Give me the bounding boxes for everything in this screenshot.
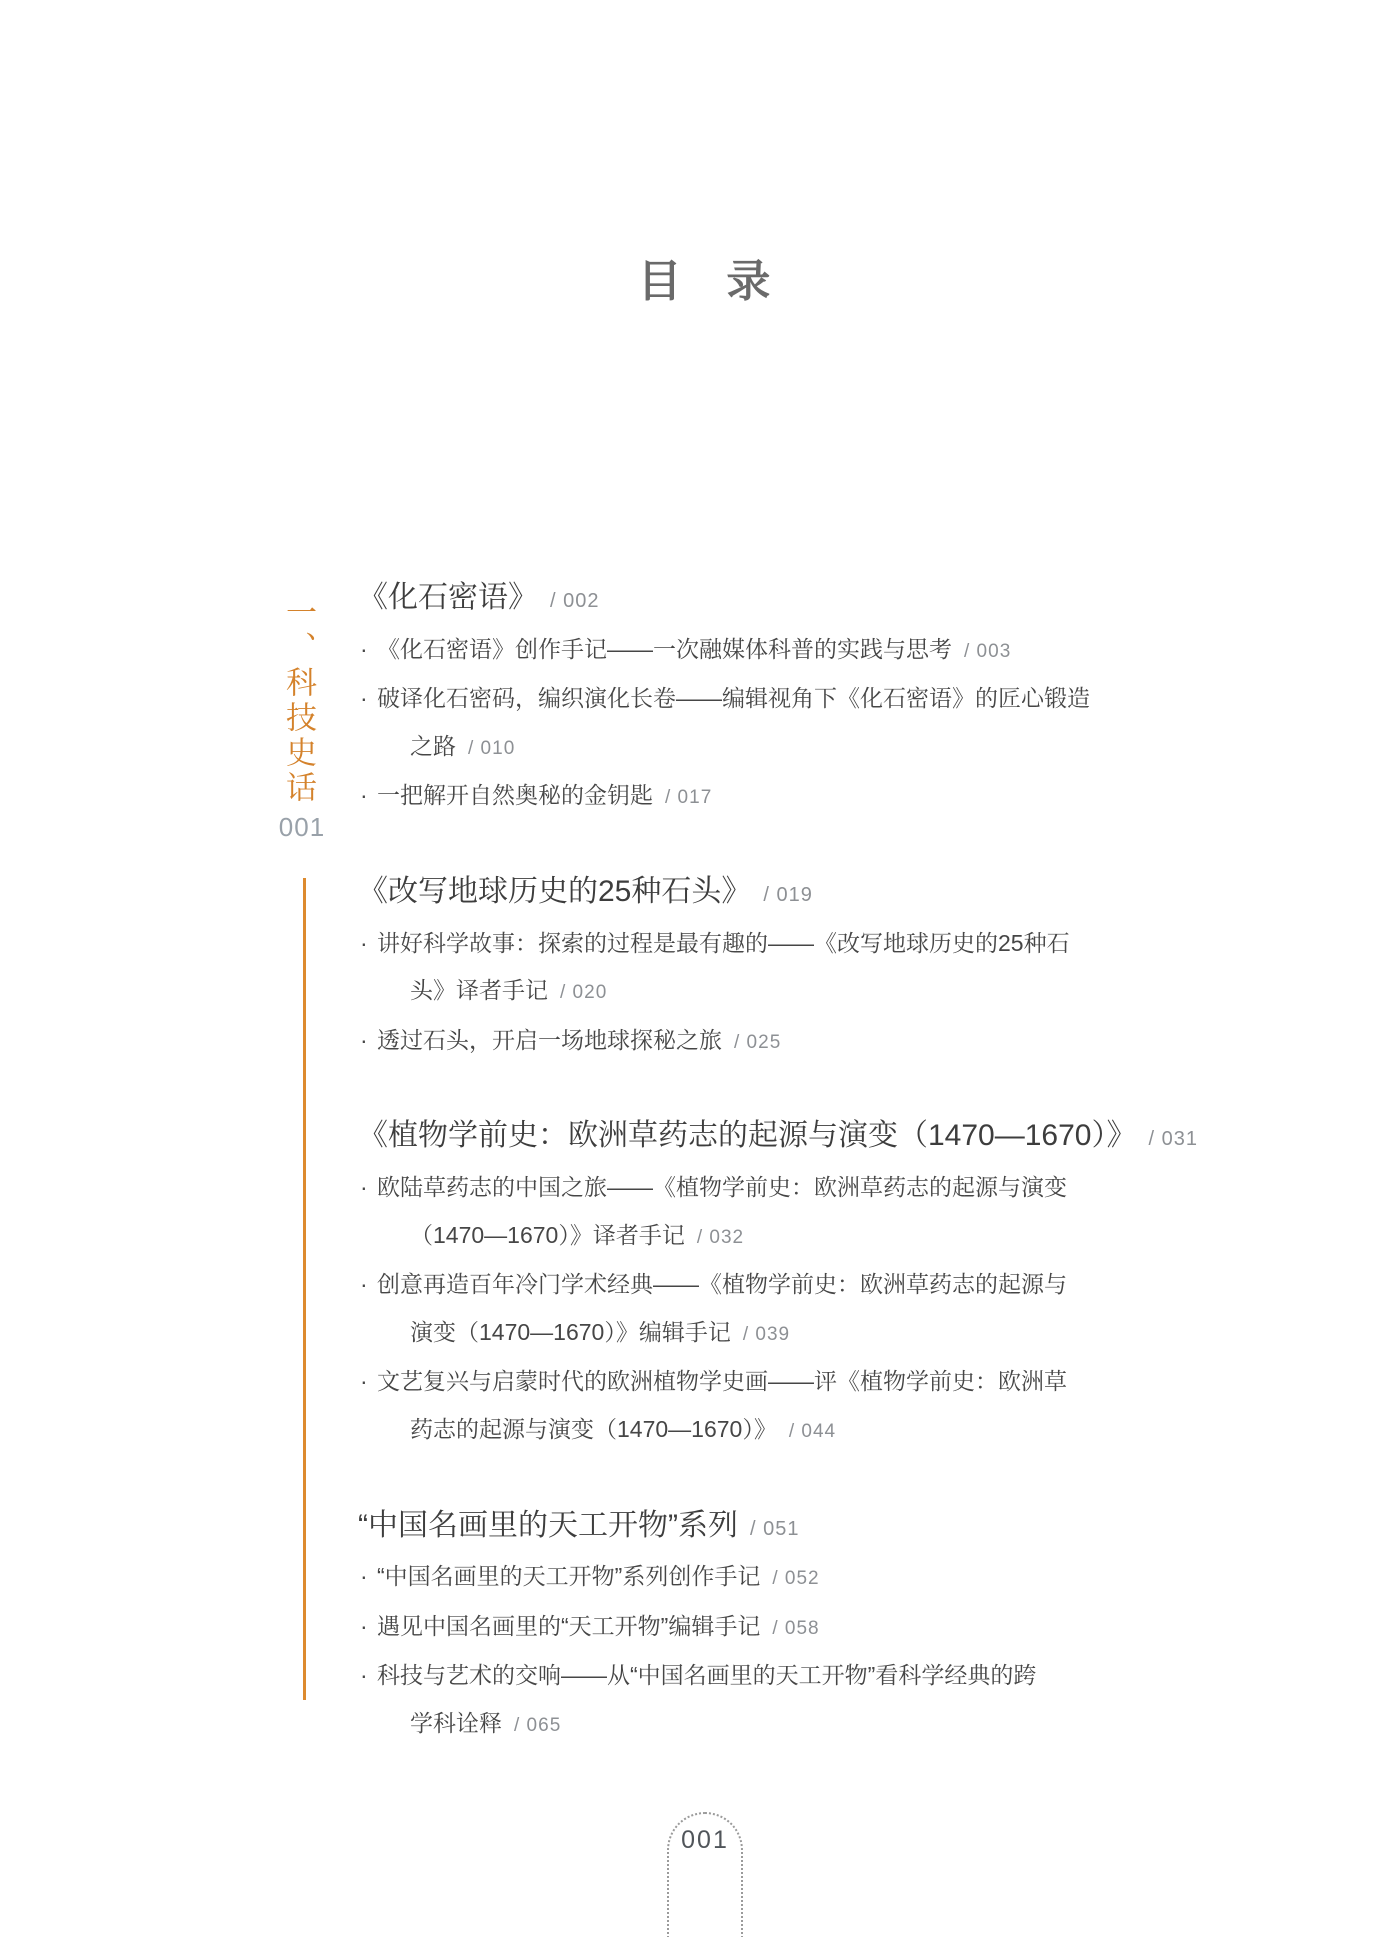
bullet-icon: ·: [360, 675, 368, 723]
toc-item: · 讲好科学故事：探索的过程是最有趣的——《改写地球历史的25种石 头》译者手记…: [358, 920, 1318, 1017]
bullet-icon: ·: [360, 1603, 368, 1651]
toc-item-text: 科技与艺术的交响——从“中国名画里的天工开物”看科学经典的跨: [377, 1662, 1036, 1688]
page-number: / 019: [763, 884, 812, 906]
footer-page-number: 001: [681, 1826, 729, 1854]
toc-item: · “中国名画里的天工开物”系列创作手记/ 052: [358, 1553, 1318, 1603]
toc-item-line: 创意再造百年冷门学术经典——《植物学前史：欧洲草药志的起源与: [377, 1261, 1318, 1309]
toc-item-line: 欧陆草药志的中国之旅——《植物学前史：欧洲草药志的起源与演变: [377, 1164, 1318, 1212]
page-number: / 044: [789, 1421, 836, 1442]
toc-item-text: 《化石密语》创作手记——一次融媒体科普的实践与思考: [377, 636, 952, 662]
toc-item-line-continuation: 演变（1470—1670）》编辑手记/ 039: [377, 1309, 1318, 1359]
toc-item-text: 学科诠释: [410, 1710, 502, 1736]
toc-item-line: 一把解开自然奥秘的金钥匙/ 017: [377, 772, 1318, 822]
toc-item-text: 头》译者手记: [410, 977, 548, 1003]
bullet-icon: ·: [360, 626, 368, 674]
toc-item: · 科技与艺术的交响——从“中国名画里的天工开物”看科学经典的跨 学科诠释/ 0…: [358, 1652, 1318, 1749]
bullet-icon: ·: [360, 1017, 368, 1065]
toc-item-text: 创意再造百年冷门学术经典——《植物学前史：欧洲草药志的起源与: [377, 1271, 1067, 1297]
chapter-rule: [303, 878, 306, 1700]
page-number: / 032: [697, 1227, 744, 1248]
page-number: / 020: [560, 982, 607, 1003]
toc-item-line: 《化石密语》创作手记——一次融媒体科普的实践与思考/ 003: [377, 626, 1318, 676]
toc-section-tiangong-kaiwu: “中国名画里的天工开物”系列/ 051 · “中国名画里的天工开物”系列创作手记…: [358, 1502, 1318, 1750]
toc-item-text: 欧陆草药志的中国之旅——《植物学前史：欧洲草药志的起源与演变: [377, 1174, 1067, 1200]
bullet-icon: ·: [360, 1164, 368, 1212]
toc-item: · 文艺复兴与启蒙时代的欧洲植物学史画——评《植物学前史：欧洲草 药志的起源与演…: [358, 1358, 1318, 1455]
page-number: / 051: [750, 1518, 799, 1540]
toc-item-text: 文艺复兴与启蒙时代的欧洲植物学史画——评《植物学前史：欧洲草: [377, 1368, 1067, 1394]
toc-item-text: 遇见中国名画里的“天工开物”编辑手记: [377, 1613, 760, 1639]
toc-item-line: 文艺复兴与启蒙时代的欧洲植物学史画——评《植物学前史：欧洲草: [377, 1358, 1318, 1406]
page-number: / 031: [1148, 1128, 1197, 1150]
toc-item: · 欧陆草药志的中国之旅——《植物学前史：欧洲草药志的起源与演变 （1470—1…: [358, 1164, 1318, 1261]
toc-item-text: （1470—1670）》译者手记: [410, 1222, 685, 1248]
page-number: / 017: [665, 787, 712, 808]
bullet-icon: ·: [360, 1358, 368, 1406]
page-number: / 065: [514, 1715, 561, 1736]
book-title-text: 《改写地球历史的25种石头》: [358, 875, 751, 908]
book-page: 目 录 一、科技史话 001 《化石密语》/ 002 · 《化石密语》创作手记—…: [0, 0, 1386, 1937]
toc-item-text: 一把解开自然奥秘的金钥匙: [377, 782, 653, 808]
table-of-contents: 《化石密语》/ 002 · 《化石密语》创作手记——一次融媒体科普的实践与思考/…: [358, 574, 1318, 1795]
page-title: 目 录: [24, 258, 1386, 306]
toc-item-text: 破译化石密码，编织演化长卷——编辑视角下《化石密语》的匠心锻造: [377, 685, 1090, 711]
toc-item-text: “中国名画里的天工开物”系列创作手记: [377, 1563, 760, 1589]
chapter-start-page: 001: [276, 810, 328, 844]
page-number: / 003: [964, 641, 1011, 662]
toc-item-line: 透过石头，开启一场地球探秘之旅/ 025: [377, 1017, 1318, 1067]
toc-item-line-continuation: 之路/ 010: [377, 723, 1318, 773]
toc-item-text: 演变（1470—1670）》编辑手记: [410, 1319, 731, 1345]
chapter-label-vertical: 一、科技史话: [276, 596, 321, 806]
toc-item: · 创意再造百年冷门学术经典——《植物学前史：欧洲草药志的起源与 演变（1470…: [358, 1261, 1318, 1358]
toc-item-line-continuation: 头》译者手记/ 020: [377, 967, 1318, 1017]
toc-item-line: 科技与艺术的交响——从“中国名画里的天工开物”看科学经典的跨: [377, 1652, 1318, 1700]
toc-section-huashimiyu: 《化石密语》/ 002 · 《化石密语》创作手记——一次融媒体科普的实践与思考/…: [358, 574, 1318, 822]
toc-section-25-stones: 《改写地球历史的25种石头》/ 019 · 讲好科学故事：探索的过程是最有趣的—…: [358, 868, 1318, 1066]
toc-item: · 一把解开自然奥秘的金钥匙/ 017: [358, 772, 1318, 822]
footer-page-ornament: 001: [667, 1812, 743, 1937]
page-number: / 058: [772, 1618, 819, 1639]
book-title: “中国名画里的天工开物”系列/ 051: [358, 1502, 1318, 1554]
toc-item: · 遇见中国名画里的“天工开物”编辑手记/ 058: [358, 1603, 1318, 1653]
bullet-icon: ·: [360, 920, 368, 968]
toc-item-line: 讲好科学故事：探索的过程是最有趣的——《改写地球历史的25种石: [377, 920, 1318, 968]
toc-section-botany-prehistory: 《植物学前史：欧洲草药志的起源与演变（1470—1670）》/ 031 · 欧陆…: [358, 1112, 1318, 1455]
toc-item: · 破译化石密码，编织演化长卷——编辑视角下《化石密语》的匠心锻造 之路/ 01…: [358, 675, 1318, 772]
bullet-icon: ·: [360, 772, 368, 820]
toc-item-line: 遇见中国名画里的“天工开物”编辑手记/ 058: [377, 1603, 1318, 1653]
page-number: / 052: [772, 1568, 819, 1589]
toc-item: · 《化石密语》创作手记——一次融媒体科普的实践与思考/ 003: [358, 626, 1318, 676]
toc-item-text: 透过石头，开启一场地球探秘之旅: [377, 1027, 722, 1053]
toc-item-line: “中国名画里的天工开物”系列创作手记/ 052: [377, 1553, 1318, 1603]
toc-item-text: 讲好科学故事：探索的过程是最有趣的——《改写地球历史的25种石: [377, 930, 1070, 956]
page-number: / 039: [743, 1324, 790, 1345]
toc-item-line: 破译化石密码，编织演化长卷——编辑视角下《化石密语》的匠心锻造: [377, 675, 1318, 723]
toc-item-text: 之路: [410, 733, 456, 759]
toc-item-line-continuation: 学科诠释/ 065: [377, 1700, 1318, 1750]
toc-item-line-continuation: 药志的起源与演变（1470—1670）》/ 044: [377, 1406, 1318, 1456]
book-title-text: 《化石密语》: [358, 581, 538, 614]
book-title: 《改写地球历史的25种石头》/ 019: [358, 868, 1318, 920]
book-title: 《植物学前史：欧洲草药志的起源与演变（1470—1670）》/ 031: [358, 1112, 1318, 1164]
bullet-icon: ·: [360, 1261, 368, 1309]
bullet-icon: ·: [360, 1652, 368, 1700]
book-title-text: “中国名画里的天工开物”系列: [358, 1509, 738, 1542]
page-number: / 002: [550, 590, 599, 612]
toc-item: · 透过石头，开启一场地球探秘之旅/ 025: [358, 1017, 1318, 1067]
page-number: / 010: [468, 738, 515, 759]
book-title-text: 《植物学前史：欧洲草药志的起源与演变（1470—1670）》: [358, 1119, 1136, 1152]
toc-item-line-continuation: （1470—1670）》译者手记/ 032: [377, 1212, 1318, 1262]
book-title: 《化石密语》/ 002: [358, 574, 1318, 626]
page-number: / 025: [734, 1032, 781, 1053]
toc-item-text: 药志的起源与演变（1470—1670）》: [410, 1416, 777, 1442]
bullet-icon: ·: [360, 1553, 368, 1601]
